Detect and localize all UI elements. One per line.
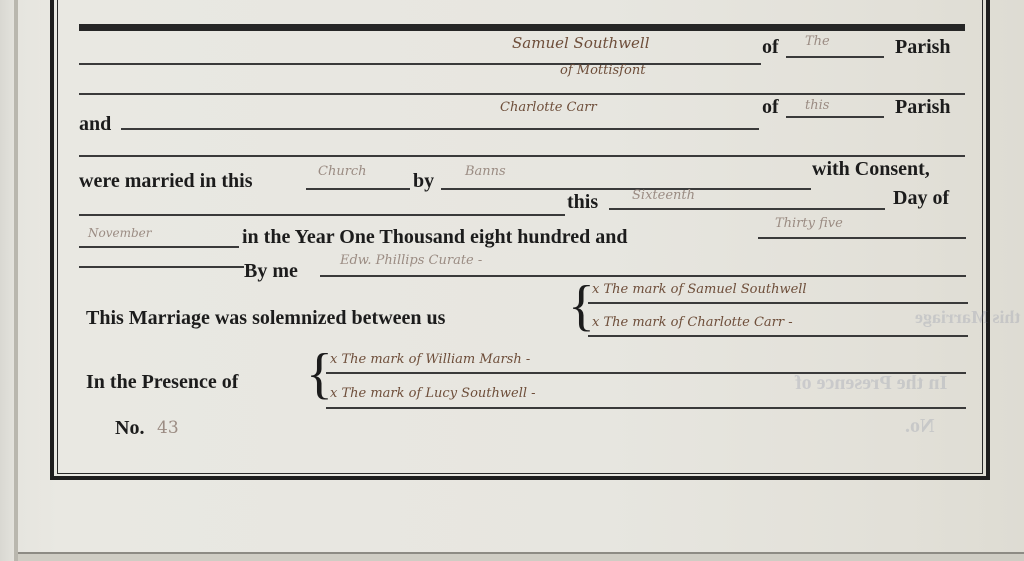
bride-and-label: and bbox=[79, 113, 111, 136]
officiant-value: Edw. Phillips Curate - bbox=[340, 253, 482, 268]
year-value: Thirty five bbox=[775, 216, 843, 231]
groom-of-label: of bbox=[762, 36, 779, 59]
married-in-label: were married in this bbox=[79, 170, 253, 193]
year-line bbox=[758, 237, 966, 239]
bride-name-line bbox=[121, 128, 759, 130]
bride-of-label: of bbox=[762, 96, 779, 119]
bride-parish-line bbox=[786, 116, 884, 118]
witness-1: x The mark of William Marsh - bbox=[330, 352, 530, 367]
day-value: Sixteenth bbox=[632, 188, 695, 203]
solemnized-brace: { bbox=[568, 278, 595, 334]
signature-line-1 bbox=[588, 302, 968, 304]
day-of-label: Day of bbox=[893, 187, 949, 210]
place-value: Church bbox=[318, 164, 367, 179]
signature-line-2 bbox=[588, 335, 968, 337]
signature-groom: x The mark of Samuel Southwell bbox=[592, 282, 807, 297]
bride-second-line bbox=[79, 155, 965, 157]
by-label: by bbox=[413, 170, 434, 193]
bleed-through-presence: In the Presence of bbox=[795, 372, 947, 395]
officiant-line bbox=[320, 275, 966, 277]
month-line bbox=[79, 246, 239, 248]
entry-number-value: 43 bbox=[157, 418, 179, 438]
page-bottom-edge bbox=[18, 552, 1024, 561]
presence-label: In the Presence of bbox=[86, 371, 238, 394]
solemnized-label: This Marriage was solemnized between us bbox=[86, 307, 445, 330]
bleed-through-number: No. bbox=[905, 415, 934, 438]
day-lead-line bbox=[79, 214, 565, 216]
place-line bbox=[306, 188, 410, 190]
witness-line-1 bbox=[326, 372, 966, 374]
entry-number-label: No. bbox=[115, 417, 144, 440]
page-edge-left bbox=[14, 0, 18, 561]
this-label: this bbox=[567, 191, 598, 214]
day-line bbox=[609, 208, 885, 210]
by-line bbox=[441, 188, 811, 190]
groom-second-line bbox=[79, 93, 965, 95]
officiant-lead-line bbox=[79, 266, 244, 268]
bride-name: Charlotte Carr bbox=[500, 100, 597, 115]
month-value: November bbox=[88, 226, 152, 240]
bleed-through-solemnized: this Marriage bbox=[915, 307, 1020, 328]
groom-parish-value: The bbox=[805, 34, 830, 49]
witness-line-2 bbox=[326, 407, 966, 409]
signature-bride: x The mark of Charlotte Carr - bbox=[592, 315, 793, 330]
by-me-label: By me bbox=[244, 260, 298, 283]
year-label: in the Year One Thousand eight hundred a… bbox=[242, 226, 628, 249]
bride-parish-value: this bbox=[805, 98, 829, 113]
consent-label: with Consent, bbox=[812, 158, 930, 181]
groom-parish-line bbox=[786, 56, 884, 58]
by-value: Banns bbox=[465, 164, 506, 179]
presence-brace: { bbox=[306, 346, 333, 402]
witness-2: x The mark of Lucy Southwell - bbox=[330, 386, 536, 401]
bride-parish-label: Parish bbox=[895, 96, 951, 119]
groom-name-line bbox=[79, 63, 761, 65]
groom-parish-label: Parish bbox=[895, 36, 951, 59]
groom-name: Samuel Southwell bbox=[512, 34, 650, 52]
groom-residence-note: of Mottisfont bbox=[560, 63, 645, 78]
top-heavy-rule bbox=[79, 24, 965, 31]
